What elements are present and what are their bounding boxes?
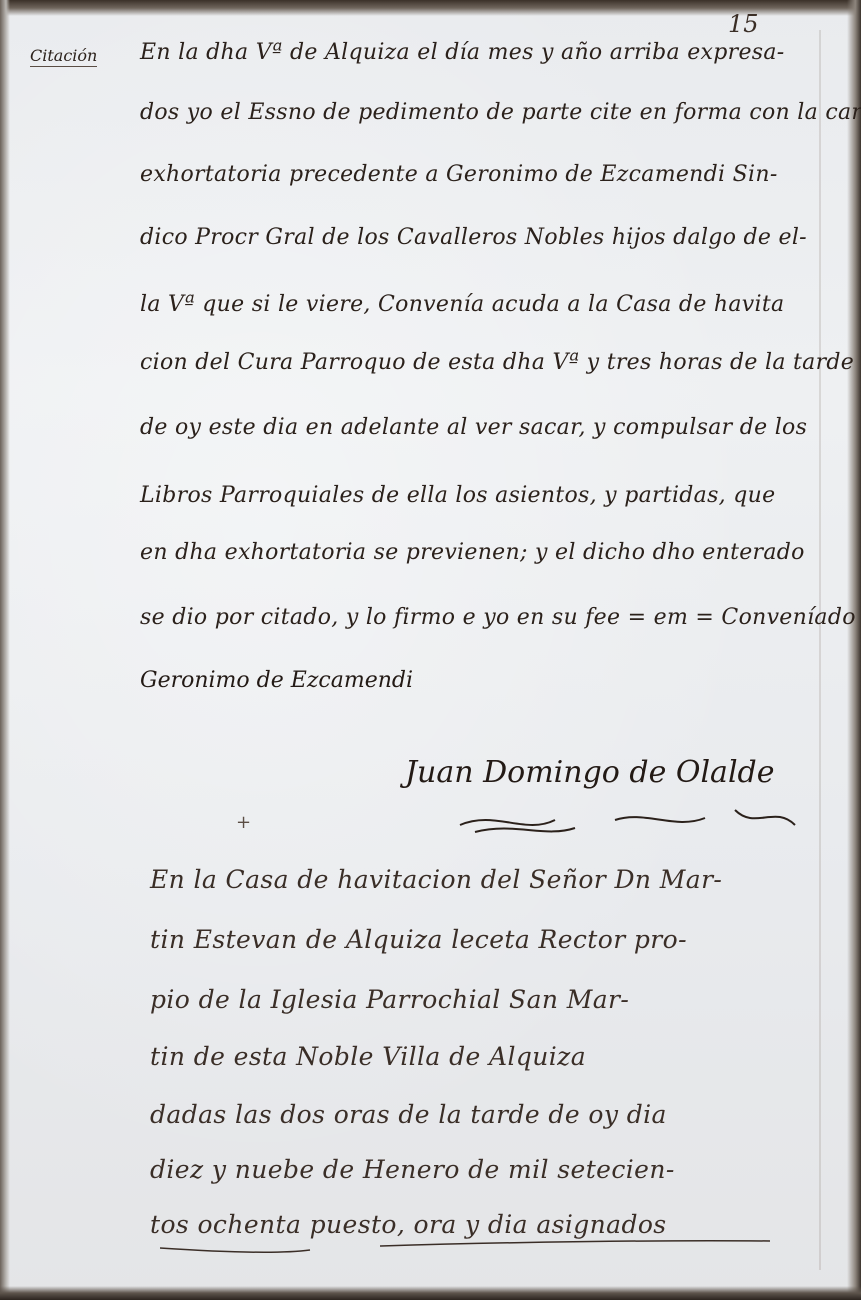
page-bottom-edge: [0, 1286, 861, 1300]
text-line: diez y nuebe de Henero de mil setecien-: [150, 1155, 840, 1184]
text-line: en dha exhortatoria se previenen; y el d…: [140, 540, 840, 565]
manuscript-page: 15 Citación En la dha Vª de Alquiza el d…: [0, 0, 861, 1300]
page-left-edge: [0, 0, 10, 1300]
cross-mark: +: [236, 812, 251, 833]
text-line: pio de la Iglesia Parrochial San Mar-: [150, 985, 840, 1014]
text-line: la Vª que si le viere, Convenía acuda a …: [140, 292, 840, 317]
signature-flourish: [455, 800, 805, 840]
folio-number: 15: [728, 10, 759, 38]
text-line: En la dha Vª de Alquiza el día mes y año…: [140, 40, 840, 65]
paper-fold: [819, 30, 821, 1270]
text-line: dos yo el Essno de pedimento de parte ci…: [140, 100, 840, 125]
text-line: cion del Cura Parroquo de esta dha Vª y …: [140, 350, 840, 375]
signature-ezcamendi: Geronimo de Ezcamendi: [140, 668, 413, 693]
text-line: dadas las dos oras de la tarde de oy dia: [150, 1100, 840, 1129]
text-line: se dio por citado, y lo firmo e yo en su…: [140, 605, 840, 630]
margin-note-citacion: Citación: [30, 46, 97, 67]
text-line: En la Casa de havitacion del Señor Dn Ma…: [150, 865, 840, 894]
text-line: Libros Parroquiales de ella los asientos…: [140, 483, 840, 508]
closing-underline: [160, 1238, 780, 1258]
page-right-edge: [847, 0, 861, 1300]
text-line: tos ochenta puesto, ora y dia asignados: [150, 1210, 840, 1239]
text-line: tin Estevan de Alquiza leceta Rector pro…: [150, 925, 840, 954]
text-line: de oy este dia en adelante al ver sacar,…: [140, 415, 840, 440]
text-line: tin de esta Noble Villa de Alquiza: [150, 1042, 840, 1071]
signature-olalde: Juan Domingo de Olalde: [405, 755, 775, 790]
text-line: exhortatoria precedente a Geronimo de Ez…: [140, 162, 840, 187]
text-line: dico Procr Gral de los Cavalleros Nobles…: [140, 225, 840, 250]
